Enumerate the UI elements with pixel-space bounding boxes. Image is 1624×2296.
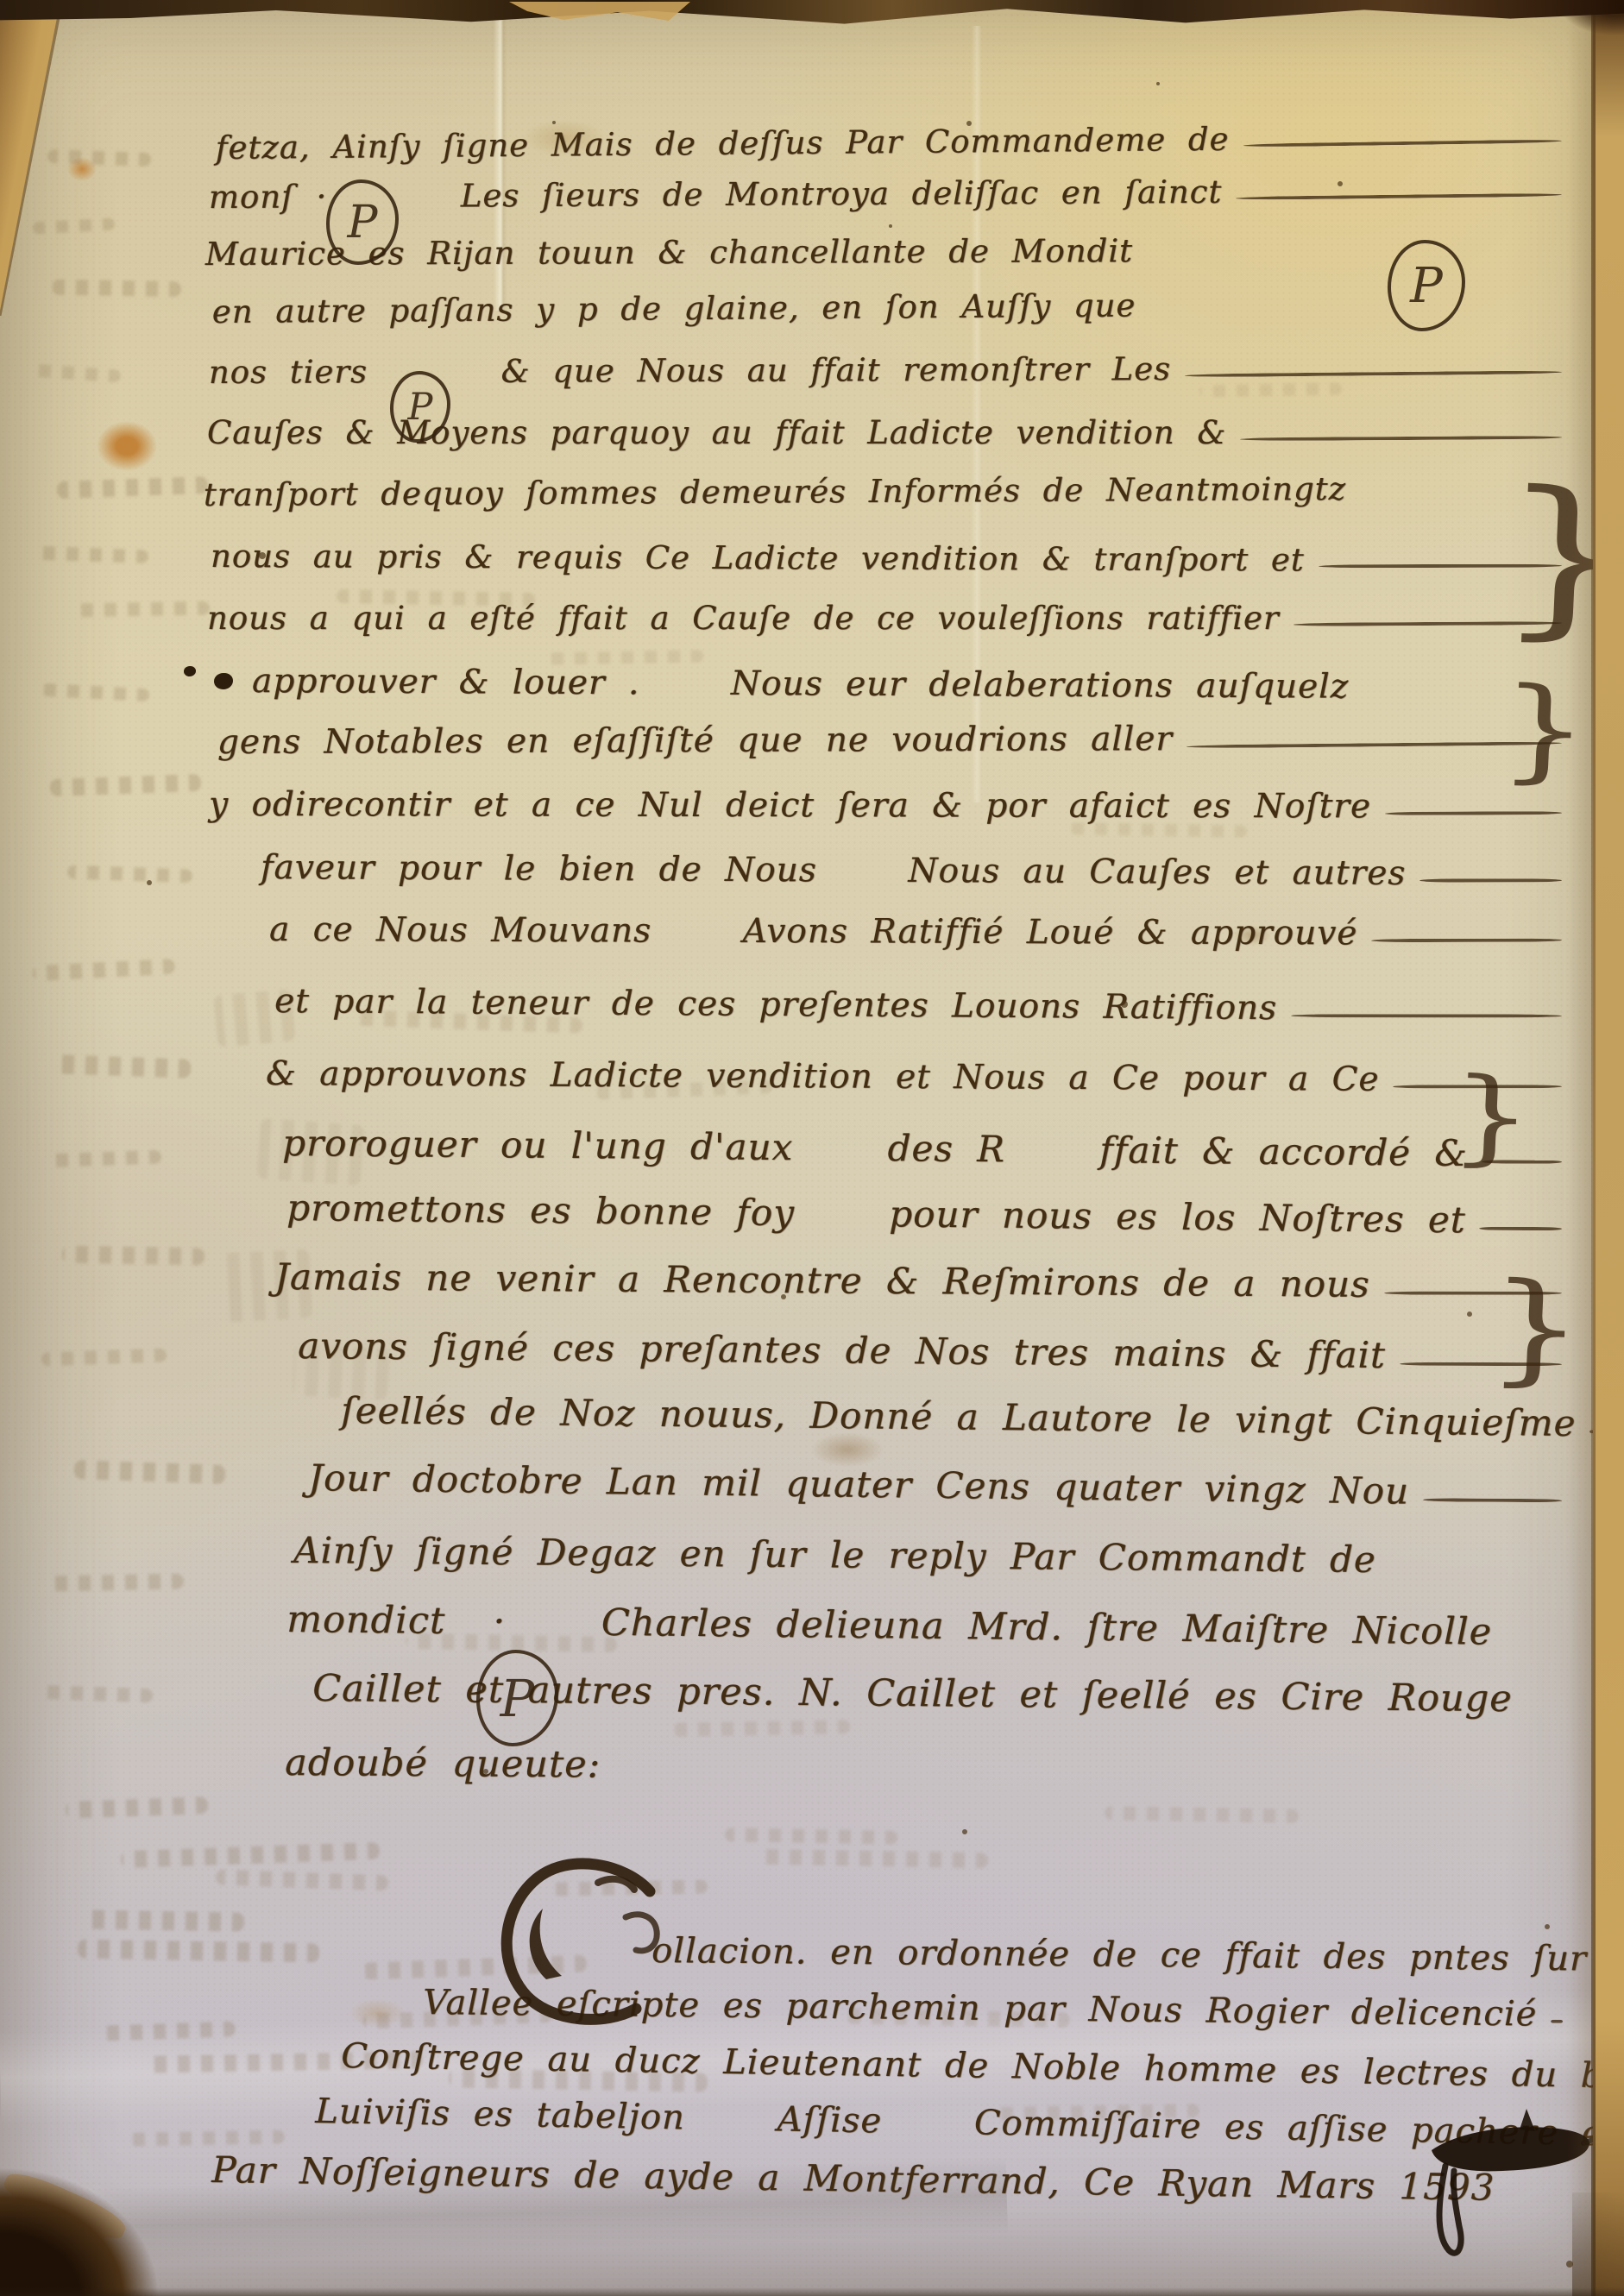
- manuscript-line: faveur pour le bien de Nous Nous au Cauſ…: [261, 848, 1586, 894]
- manuscript-line-text: ſeellés de Noz nouus, Donné a Lautore le…: [341, 1389, 1577, 1444]
- line-filler-dash: [1371, 939, 1562, 943]
- manuscript-line: proroguer ou l'ung d'aux des R ffait & a…: [282, 1122, 1586, 1175]
- bleedthrough-ghost-text: [66, 1796, 209, 1819]
- paper-speck: [889, 224, 892, 228]
- bleedthrough-ghost-text: [121, 1842, 381, 1868]
- manuscript-line-text: Jamais ne venir a Rencontre & Reſmirons …: [274, 1255, 1370, 1305]
- manuscript-line-text: fetza, Ainſy ſigne Mais de deſſus Par Co…: [216, 121, 1230, 167]
- bottom-right-corner-shade: [1572, 2192, 1624, 2296]
- manuscript-line: & approuvons Ladicte vendition et Nous a…: [266, 1054, 1586, 1100]
- bleedthrough-ghost-text: [33, 959, 176, 982]
- manuscript-line-text: Cauſes & Moyens parquoy au ffait Ladicte…: [207, 414, 1226, 451]
- paraph-circled-p-icon: P: [476, 1650, 558, 1746]
- manuscript-line-text: nous au pris & requis Ce Ladicte venditi…: [211, 538, 1305, 578]
- bleedthrough-ghost-text: [47, 149, 151, 167]
- bleedthrough-ghost-text: [78, 1940, 319, 1963]
- manuscript-line-text: y odirecontir et a ce Nul deict ſera & p…: [209, 785, 1371, 826]
- manuscript-line: monſ · Les ſieurs de Montroya deliſſac e…: [209, 172, 1586, 216]
- manuscript-line: ollacion. en ordonnée de ce ffait des pn…: [651, 1931, 1579, 1978]
- right-page-edge: [1593, 0, 1624, 2296]
- paraph-circled-p-icon: P: [1388, 240, 1465, 331]
- manuscript-line-text: nos tiers & que Nous au ffait remonſtrer…: [209, 350, 1171, 391]
- bleedthrough-ghost-text: [74, 1460, 226, 1484]
- bleedthrough-ghost-text: [36, 1685, 153, 1703]
- bleedthrough-ghost-text: [30, 363, 122, 382]
- manuscript-line: adoubé queute:: [285, 1741, 601, 1787]
- bleedthrough-ghost-text: [52, 280, 181, 298]
- manuscript-line-text: mondict · Charles delieuna Mrd. ſtre Mai…: [286, 1598, 1492, 1654]
- manuscript-line: nous au pris & requis Ce Ladicte venditi…: [211, 538, 1586, 580]
- paraph-circled-p-icon: P: [326, 179, 399, 265]
- paraph-circled-p-icon: P: [390, 371, 450, 443]
- paper-speck: [259, 552, 266, 559]
- manuscript-page: fetza, Ainſy ſigne Mais de deſſus Par Co…: [0, 0, 1624, 2296]
- bleedthrough-ghost-text: [67, 865, 192, 883]
- manuscript-line: approuver & louer . Nous eur delaberatio…: [252, 662, 1349, 707]
- line-filler-dash: [1419, 878, 1562, 882]
- manuscript-line-text: ollacion. en ordonnée de ce ffait des pn…: [651, 1931, 1624, 1981]
- bleedthrough-ghost-text: [50, 774, 202, 796]
- manuscript-line: y odirecontir et a ce Nul deict ſera & p…: [209, 785, 1586, 827]
- bleedthrough-ghost-text: [85, 1909, 244, 1931]
- bleedthrough-ghost-text: [216, 1870, 389, 1891]
- line-filler-dash: [1243, 139, 1561, 147]
- torn-top-edge: [0, 0, 1624, 26]
- bleedthrough-ghost-text: [41, 1348, 167, 1366]
- bottom-page-edge: [0, 2287, 1624, 2296]
- manuscript-line-text: proroguer ou l'ung d'aux des R ffait & a…: [282, 1122, 1468, 1174]
- orange-stain: [67, 157, 97, 181]
- paper-speck: [1121, 1001, 1128, 1008]
- manuscript-line-text: adoubé queute:: [285, 1741, 601, 1787]
- paper-speck: [1545, 1924, 1550, 1929]
- manuscript-line: mondict · Charles delieuna Mrd. ſtre Mai…: [286, 1598, 1492, 1654]
- manuscript-line: tranſport dequoy ſommes demeurés Informé…: [204, 470, 1346, 513]
- bleedthrough-ghost-text: [76, 601, 210, 618]
- right-edge-seam: [1591, 0, 1596, 2296]
- manuscript-line-text: approuver & louer . Nous eur delaberatio…: [252, 662, 1349, 707]
- right-gutter-shadow: [1567, 0, 1591, 2296]
- manuscript-line: en autre paſſans y p de glaine, en ſon A…: [212, 287, 1136, 330]
- orange-stain: [97, 421, 157, 471]
- manuscript-line-text: nous a qui a eſté ffait a Cauſe de ce vo…: [207, 600, 1280, 637]
- bleedthrough-ghost-text: [45, 1150, 161, 1168]
- bleedthrough-ghost-text: [673, 1720, 850, 1737]
- bleedthrough-ghost-text: [62, 1246, 205, 1266]
- ink-dot: [214, 673, 233, 689]
- line-filler-dash: [1385, 811, 1562, 815]
- manuscript-line: promettons es bonne foy pour nous es los…: [286, 1186, 1586, 1242]
- collation-initial-icon: [496, 1857, 669, 2025]
- bleedthrough-ghost-text: [41, 683, 150, 702]
- bleedthrough-ghost-text: [50, 1574, 184, 1592]
- manuscript-line: Jour doctobre Lan mil quater Cens quater…: [308, 1456, 1586, 1514]
- manuscript-line: ſeellés de Noz nouus, Donné a Lautore le…: [341, 1389, 1586, 1444]
- bleedthrough-ghost-text: [57, 476, 209, 499]
- paper-speck: [1467, 1312, 1472, 1317]
- paper-speck: [483, 1769, 488, 1774]
- manuscript-line: Ainſy ſigné Degaz en ſur le reply Par Co…: [293, 1529, 1376, 1581]
- paper-speck: [962, 1829, 967, 1834]
- manuscript-line-text: Jour doctobre Lan mil quater Cens quater…: [308, 1456, 1409, 1513]
- manuscript-line: et par la teneur de ces preſentes Louons…: [274, 982, 1586, 1030]
- bleedthrough-ghost-text: [725, 1827, 897, 1844]
- manuscript-line-text: tranſport dequoy ſommes demeurés Informé…: [204, 470, 1346, 513]
- margin-flourish-brace-icon: }: [1448, 1065, 1535, 1171]
- bleedthrough-ghost-text: [759, 1849, 988, 1869]
- top-left-underpage-corner: [0, 0, 60, 311]
- manuscript-line-text: faveur pour le bien de Nous Nous au Cauſ…: [261, 848, 1406, 893]
- bleedthrough-ghost-text: [1105, 1806, 1299, 1823]
- manuscript-line-text: avons ſigné ces preſantes de Nos tres ma…: [298, 1324, 1386, 1376]
- manuscript-line: Jamais ne venir a Rencontre & Reſmirons …: [274, 1255, 1586, 1307]
- line-filler-dash: [1240, 436, 1562, 441]
- line-filler-dash: [1423, 1498, 1562, 1502]
- manuscript-line: a ce Nous Mouvans Avons Ratiffié Loué & …: [269, 910, 1586, 953]
- manuscript-line-text: a ce Nous Mouvans Avons Ratiffié Loué & …: [269, 910, 1358, 953]
- paper-speck: [1156, 82, 1160, 85]
- manuscript-line-text: & approuvons Ladicte vendition et Nous a…: [266, 1054, 1380, 1099]
- manuscript-line-text: en autre paſſans y p de glaine, en ſon A…: [212, 287, 1136, 330]
- line-filler-dash: [1480, 1227, 1563, 1230]
- bleedthrough-ghost-text: [33, 218, 116, 235]
- paper-speck: [781, 1294, 786, 1299]
- ink-dot: [184, 666, 196, 676]
- paper-speck: [552, 121, 556, 124]
- manuscript-line-text: Ainſy ſigné Degaz en ſur le reply Par Co…: [293, 1529, 1376, 1581]
- brown-smudge: [811, 1432, 884, 1467]
- manuscript-line-text: gens Notables en eſaſſiſté que ne voudri…: [217, 720, 1173, 762]
- bottom-left-dark-corner: [0, 2123, 181, 2296]
- manuscript-line: gens Notables en eſaſſiſté que ne voudri…: [217, 718, 1586, 762]
- line-filler-dash: [1236, 193, 1562, 200]
- bleedthrough-ghost-text: [57, 1054, 192, 1078]
- manuscript-line: fetza, Ainſy ſigne Mais de deſſus Par Co…: [216, 117, 1586, 167]
- manuscript-line: nous a qui a eſté ffait a Cauſe de ce vo…: [207, 600, 1586, 637]
- manuscript-line: avons ſigné ces preſantes de Nos tres ma…: [298, 1324, 1586, 1378]
- bleedthrough-ghost-text: [36, 546, 148, 564]
- paper-speck: [1338, 181, 1343, 186]
- top-edge-tan-fragment: [509, 2, 690, 21]
- paper-speck: [147, 880, 152, 885]
- line-filler-dash: [1291, 1014, 1562, 1017]
- line-filler-dash: [1185, 370, 1562, 377]
- manuscript-line-text: promettons es bonne foy pour nous es los…: [286, 1186, 1466, 1241]
- paper-speck: [966, 121, 972, 126]
- line-filler-dash: [1551, 2020, 1563, 2023]
